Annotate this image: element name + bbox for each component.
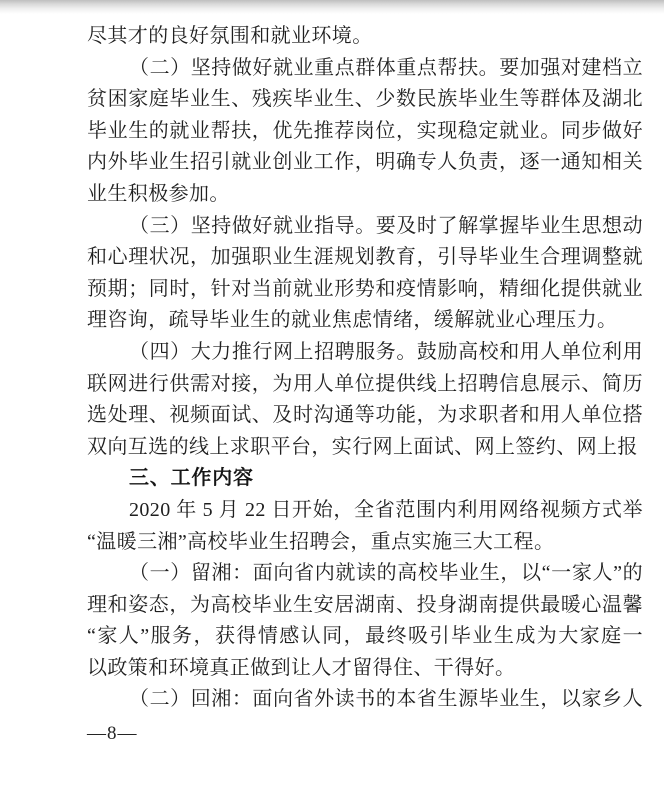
document-line: 毕业生的就业帮扶，优先推荐岗位，实现稳定就业。同步做好省 — [87, 116, 643, 148]
document-line: 内外毕业生招引就业创业工作，明确专人负责，逐一通知相关毕 — [87, 147, 643, 179]
document-line: “温暖三湘”高校毕业生招聘会，重点实施三大工程。 — [87, 527, 643, 559]
document-line: 业生积极参加。 — [87, 179, 643, 211]
document-line: 2020 年 5 月 22 日开始，全省范围内利用网络视频方式举办 — [87, 495, 643, 527]
document-line: 和心理状况，加强职业生涯规划教育，引导毕业生合理调整就业 — [87, 242, 643, 274]
document-line: 预期；同时，针对当前就业形势和疫情影响，精细化提供就业心 — [87, 274, 643, 306]
document-line: （三）坚持做好就业指导。要及时了解掌握毕业生思想动态 — [87, 211, 643, 243]
section-heading: 三、工作内容 — [87, 463, 643, 495]
document-line: 尽其才的良好氛围和就业环境。 — [87, 21, 643, 53]
document-line: 联网进行供需对接，为用人单位提供线上招聘信息展示、简历筛 — [87, 369, 643, 401]
document-line: （四）大力推行网上招聘服务。鼓励高校和用人单位利用互 — [87, 337, 643, 369]
document-line: （一）留湘：面向省内就读的高校毕业生，以“一家人”的心 — [87, 558, 643, 590]
document-line: 以政策和环境真正做到让人才留得住、干得好。 — [87, 653, 643, 685]
document-line: （二）回湘：面向省外读书的本省生源毕业生，以家乡人的 — [87, 684, 643, 716]
document-line: 双向互选的线上求职平台，实行网上面试、网上签约、网上报到。 — [87, 432, 643, 464]
document-page: 尽其才的良好氛围和就业环境。（二）坚持做好就业重点群体重点帮扶。要加强对建档立卡… — [0, 0, 664, 799]
document-line: 贫困家庭毕业生、残疾毕业生、少数民族毕业生等群体及湖北籍 — [87, 84, 643, 116]
document-line: 理和姿态，为高校毕业生安居湖南、投身湖南提供最暖心温馨的 — [87, 590, 643, 622]
text-block: 尽其才的良好氛围和就业环境。（二）坚持做好就业重点群体重点帮扶。要加强对建档立卡… — [87, 21, 643, 716]
document-line: （二）坚持做好就业重点群体重点帮扶。要加强对建档立卡 — [87, 53, 643, 85]
document-line: 选处理、视频面试、及时沟通等功能，为求职者和用人单位搭建 — [87, 400, 643, 432]
document-line: “家人”服务，获得情感认同，最终吸引毕业生成为大家庭一员， — [87, 621, 643, 653]
page-top-shadow — [0, 0, 664, 14]
page-number: —8— — [87, 718, 138, 750]
document-line: 理咨询，疏导毕业生的就业焦虑情绪，缓解就业心理压力。 — [87, 305, 643, 337]
